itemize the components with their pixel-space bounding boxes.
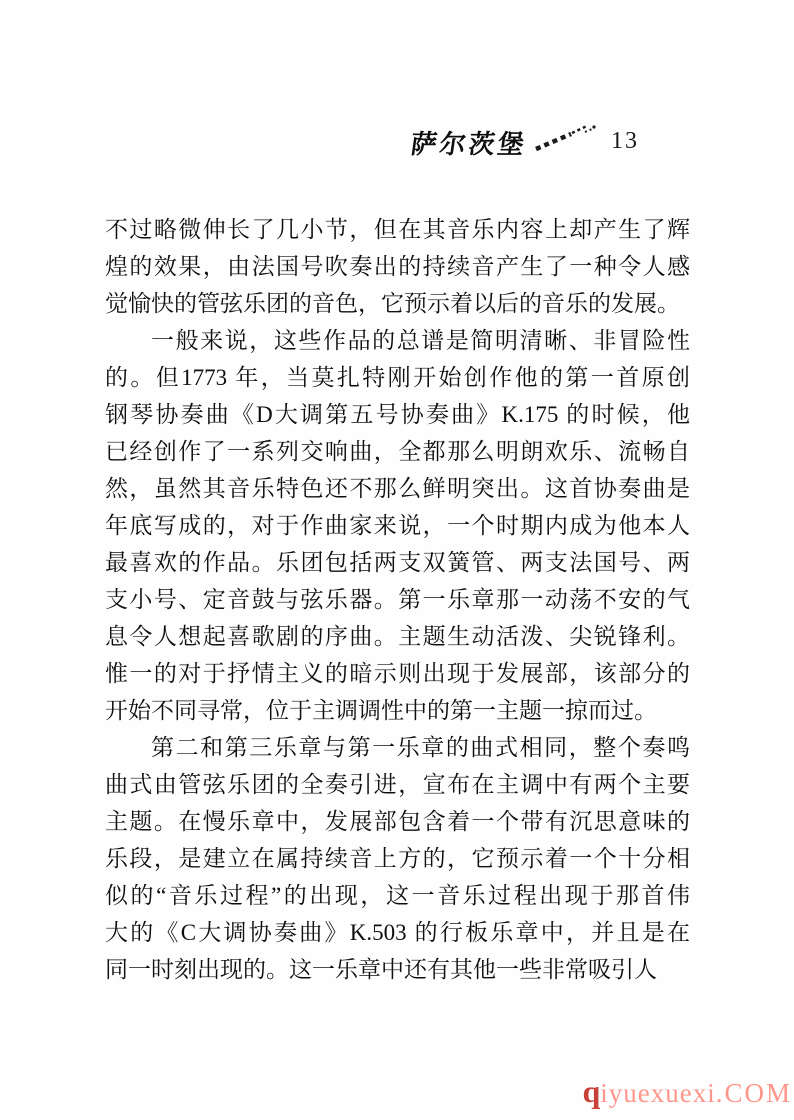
- page-number: 13: [611, 128, 639, 155]
- chapter-title: 萨尔茨堡: [408, 124, 529, 161]
- text-line: 第二和第三乐章与第一乐章的曲式相同，整个奏鸣: [105, 729, 690, 766]
- text-line: 最喜欢的作品。乐团包括两支双簧管、两支法国号、两: [105, 544, 690, 581]
- text-line: 年底写成的，对于作曲家来说，一个时期内成为他本人: [105, 507, 690, 544]
- text-line: 煌的效果，由法国号吹奏出的持续音产生了一种令人感: [105, 248, 690, 285]
- scanned-book-page: 萨尔茨堡 13 不过略微伸长了几小节，但在其音乐内容上却产生了辉煌的效果，由法国…: [0, 0, 794, 1120]
- watermark-name: iyuexuexi: [600, 1078, 715, 1108]
- text-line: 乐段，是建立在属持续音上方的，它预示着一个十分相: [105, 840, 690, 877]
- text-line: 钢琴协奏曲《D大调第五号协奏曲》K.175 的时候，他: [105, 396, 690, 433]
- flourish-icon: [531, 120, 597, 161]
- text-line: 然，虽然其音乐特色还不那么鲜明突出。这首协奏曲是: [105, 470, 690, 507]
- running-head: 萨尔茨堡 13: [105, 122, 690, 162]
- text-line: 主题。在慢乐章中，发展部包含着一个带有沉思意味的: [105, 803, 690, 840]
- text-line: 支小号、定音鼓与弦乐器。第一乐章那一动荡不安的气: [105, 581, 690, 618]
- text-line: 开始不同寻常，位于主调调性中的第一主题一掠而过。: [105, 692, 690, 729]
- watermark-tld: .COM: [716, 1078, 792, 1108]
- text-line: 的。但1773 年，当莫扎特刚开始创作他的第一首原创: [105, 359, 690, 396]
- text-line: 惟一的对于抒情主义的暗示则出现于发展部，该部分的: [105, 655, 690, 692]
- text-line: 息令人想起喜歌剧的序曲。主题生动活泼、尖锐锋利。: [105, 618, 690, 655]
- text-line: 曲式由管弦乐团的全奏引进，宣布在主调中有两个主要: [105, 766, 690, 803]
- text-line: 觉愉快的管弦乐团的音色，它预示着以后的音乐的发展。: [105, 285, 690, 322]
- text-line: 已经创作了一系列交响曲，全都那么明朗欢乐、流畅自: [105, 433, 690, 470]
- text-line: 似的“音乐过程”的出现，这一音乐过程出现于那首伟: [105, 877, 690, 914]
- watermark-initial: q: [582, 1073, 600, 1109]
- text-line: 大的《C大调协奏曲》K.503 的行板乐章中，并且是在: [105, 914, 690, 951]
- text-line: 不过略微伸长了几小节，但在其音乐内容上却产生了辉: [105, 211, 690, 248]
- body-text: 不过略微伸长了几小节，但在其音乐内容上却产生了辉煌的效果，由法国号吹奏出的持续音…: [105, 211, 690, 988]
- watermark: qiyuexuexi.COM: [582, 1073, 792, 1110]
- text-line: 一般来说，这些作品的总谱是简明清晰、非冒险性: [105, 322, 690, 359]
- text-line: 同一时刻出现的。这一乐章中还有其他一些非常吸引人: [105, 951, 690, 988]
